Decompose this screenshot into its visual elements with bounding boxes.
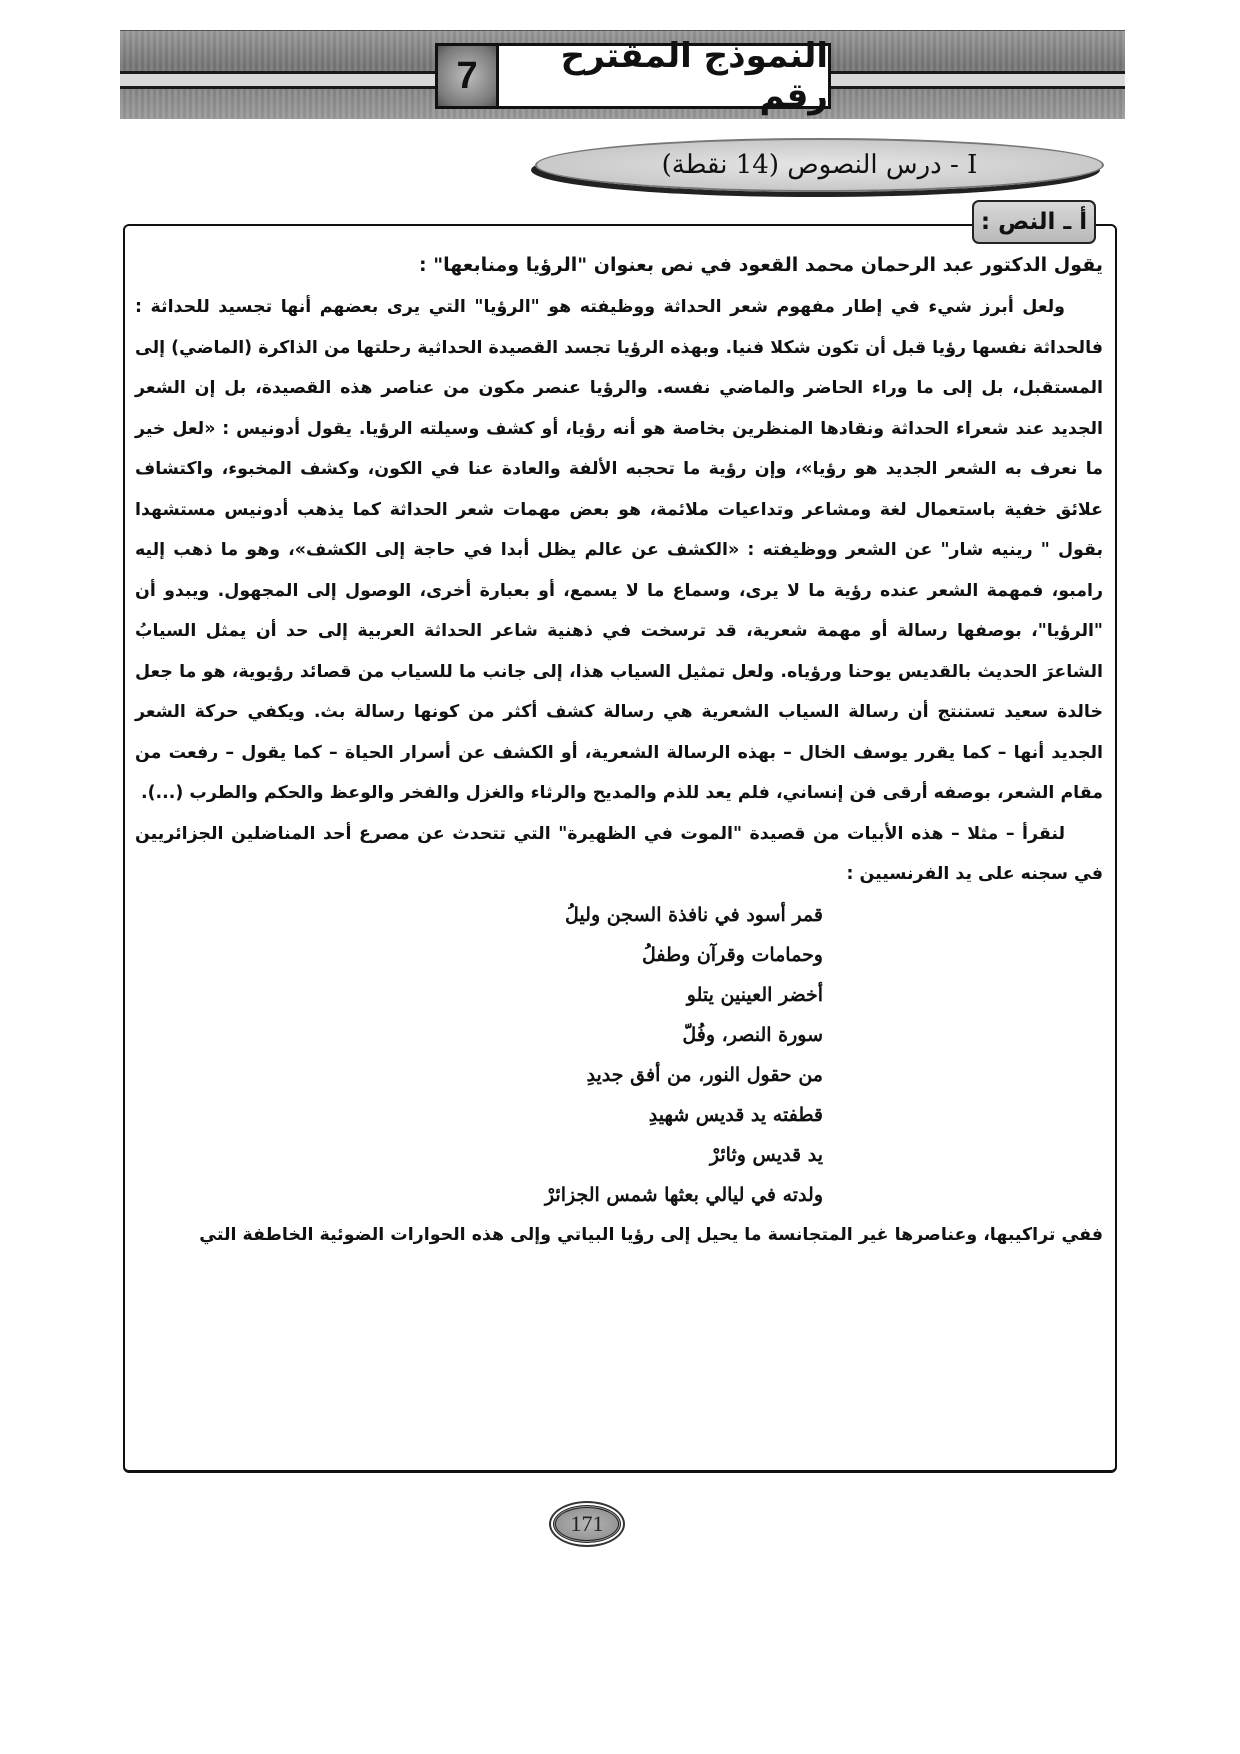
- poem: قمر أسود في نافذة السجن وليلُ وحمامات وق…: [135, 895, 823, 1215]
- intro-line: يقول الدكتور عبد الرحمان محمد القعود في …: [135, 243, 1103, 287]
- poem-line: وحمامات وقرآن وطفلُ: [135, 935, 823, 975]
- paragraph-2: لنقرأ – مثلا – هذه الأبيات من قصيدة "الم…: [135, 814, 1103, 895]
- model-title-box: النموذج المقترح رقم 7: [435, 43, 831, 109]
- text-label: أ ـ النص :: [972, 200, 1096, 244]
- model-title: النموذج المقترح رقم: [499, 46, 828, 106]
- header-banner: النموذج المقترح رقم 7: [120, 30, 1125, 119]
- page-number: 171: [553, 1505, 621, 1543]
- poem-line: أخضر العينين يتلو: [135, 975, 823, 1015]
- poem-line: من حقول النور، من أفق جديدِ: [135, 1055, 823, 1095]
- poem-line: قمر أسود في نافذة السجن وليلُ: [135, 895, 823, 935]
- paragraph-1: ولعل أبرز شيء في إطار مفهوم شعر الحداثة …: [135, 287, 1103, 814]
- model-number: 7: [438, 46, 499, 106]
- poem-line: قطفته يد قديس شهيدِ: [135, 1095, 823, 1135]
- text-content: يقول الدكتور عبد الرحمان محمد القعود في …: [135, 243, 1103, 1255]
- poem-line: ولدته في ليالي بعثها شمس الجزائرْ: [135, 1175, 823, 1215]
- section-heading: I - درس النصوص (14 نقطة): [535, 138, 1104, 192]
- poem-line: يد قديس وثائرْ: [135, 1135, 823, 1175]
- closing-line: ففي تراكيبها، وعناصرها غير المتجانسة ما …: [135, 1215, 1103, 1256]
- poem-line: سورة النصر، وفُلّ: [135, 1015, 823, 1055]
